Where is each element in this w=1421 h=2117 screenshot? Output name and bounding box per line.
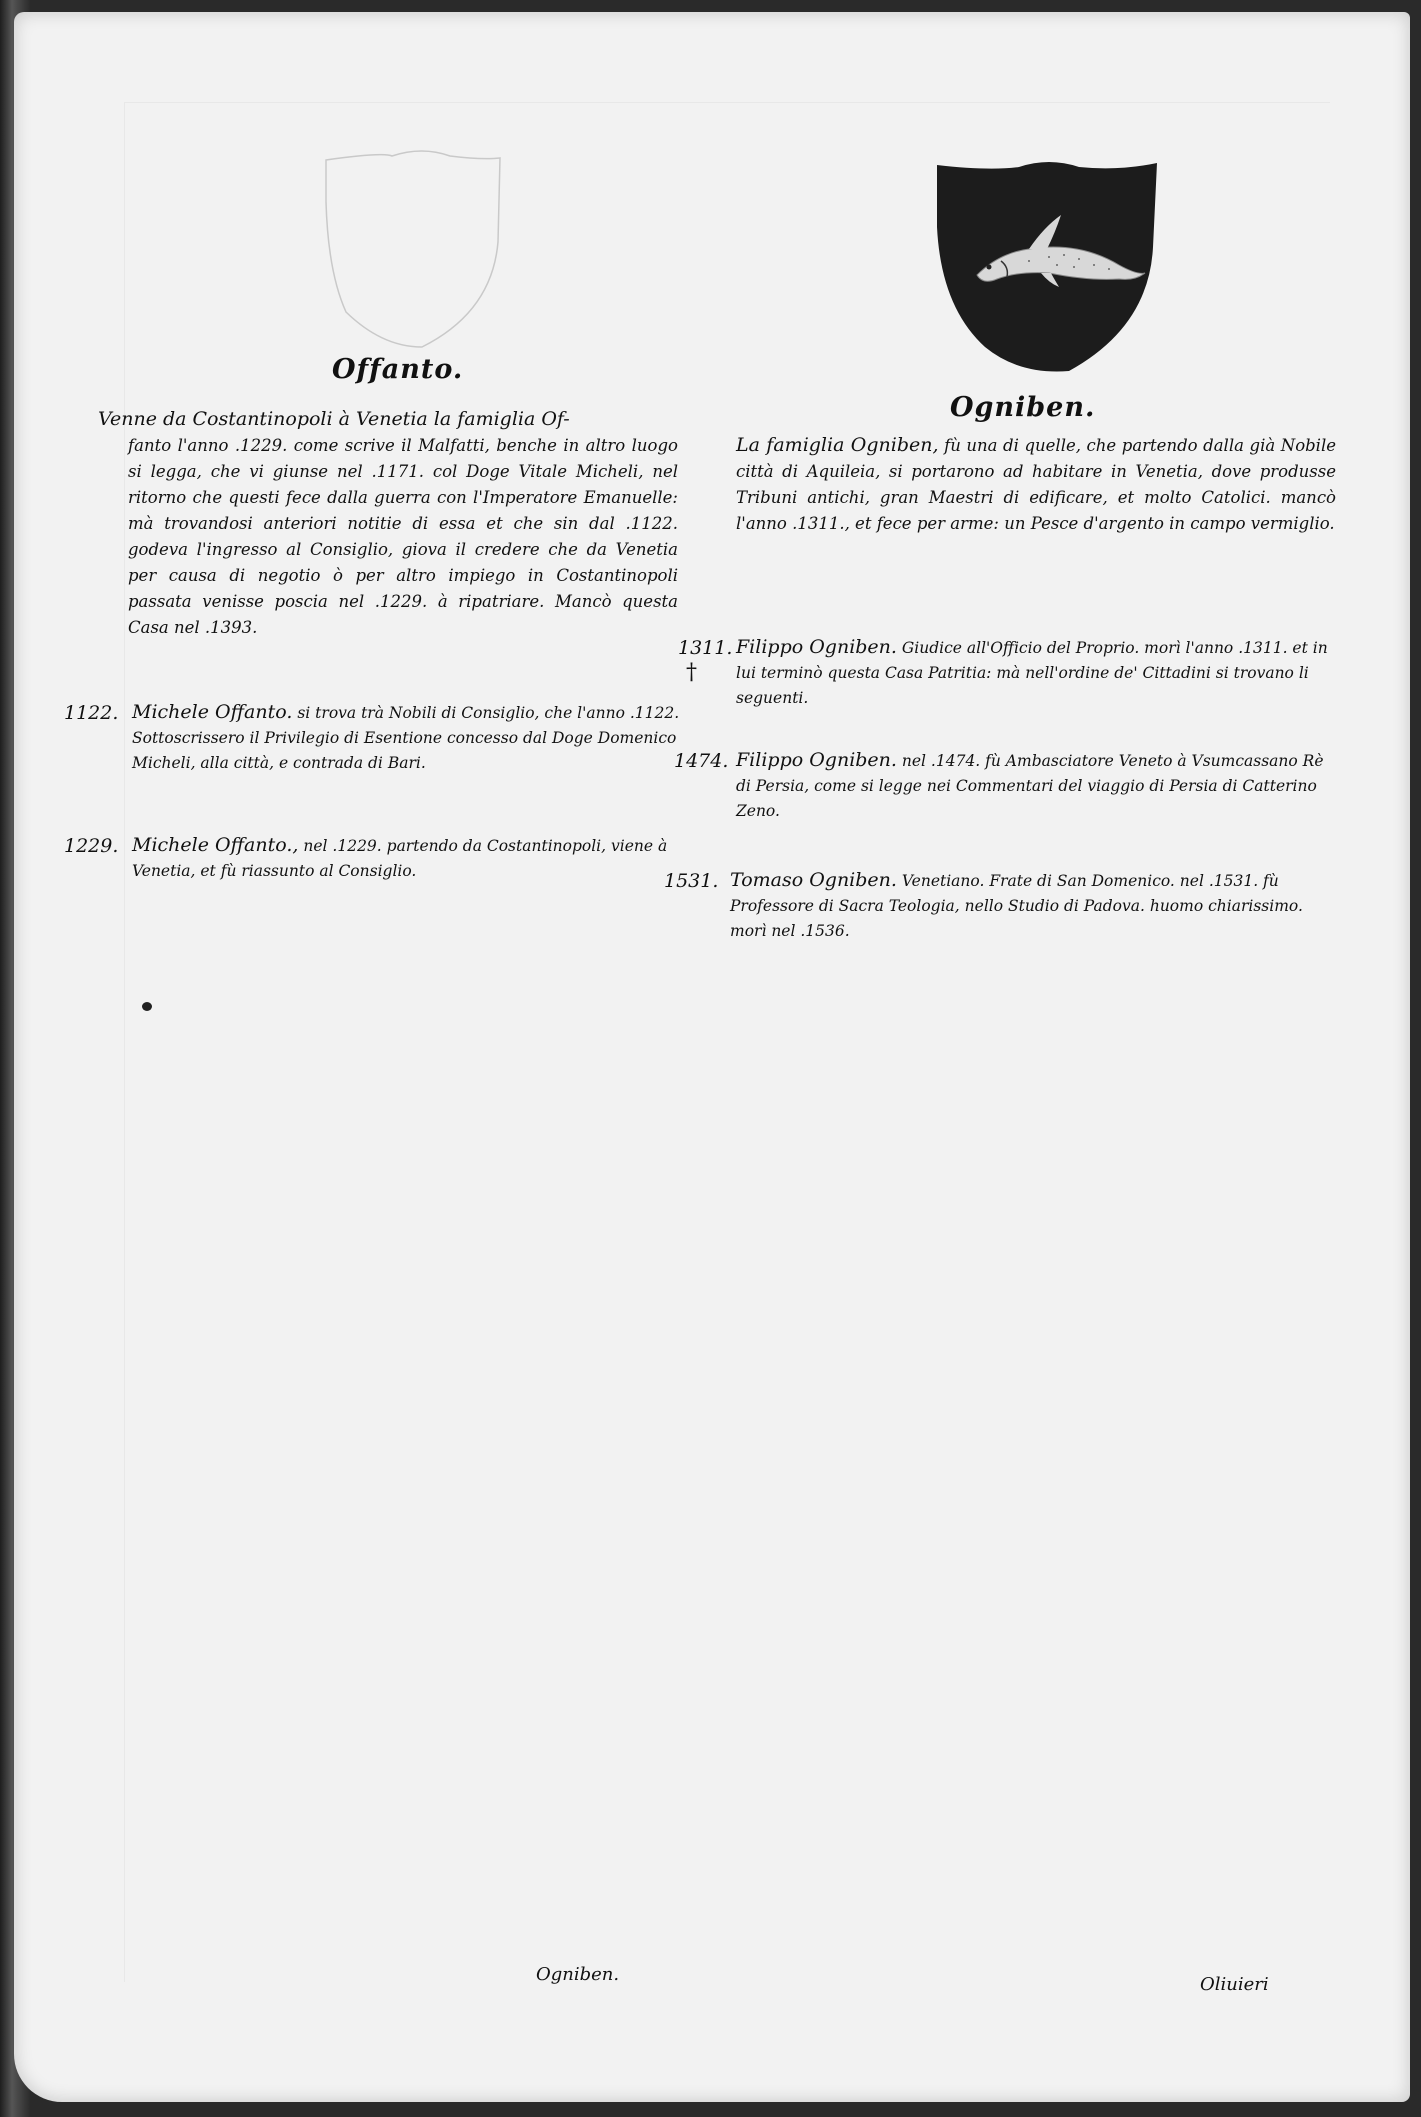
entry-year: 1531. [664, 870, 718, 892]
intro-ogniben: La famiglia Ogniben, fù una di quelle, c… [736, 432, 1336, 537]
entry-year: 1311. [678, 637, 732, 659]
intro-offanto-body: fanto l'anno .1229. come scrive il Malfa… [98, 433, 678, 641]
entry-body: Filippo Ogniben. nel .1474. fù Ambasciat… [736, 748, 1336, 824]
entry-body: Michele Offanto., nel .1229. partendo da… [132, 833, 682, 884]
shield-fish-icon [929, 157, 1159, 379]
intro-ogniben-first-line: La famiglia Ogniben, [736, 434, 939, 456]
family-title-offanto: Offanto. [332, 354, 463, 385]
entry-year: 1122. [64, 702, 118, 724]
family-title-ogniben: Ogniben. [950, 392, 1095, 423]
cross-mark-icon: † [686, 660, 697, 685]
entry-body: Filippo Ogniben. Giudice all'Officio del… [736, 635, 1336, 711]
entry-name: Filippo Ogniben. [736, 749, 897, 771]
intro-offanto-first-line: Venne da Costantinopoli à Venetia la fam… [98, 408, 570, 430]
ink-blot [142, 1002, 152, 1011]
entry-name: Michele Offanto. [132, 701, 292, 723]
entry-name: Tomaso Ogniben. [730, 869, 897, 891]
manuscript-page: Offanto. Venne da Costantinopoli à Venet… [14, 12, 1410, 2102]
catchword-left: Ogniben. [536, 1964, 619, 1985]
entry-year: 1229. [64, 835, 118, 857]
entry-year: 1474. [674, 750, 728, 772]
entry-body: Tomaso Ogniben. Venetiano. Frate di San … [730, 868, 1336, 944]
catchword-right: Oliuieri [1200, 1974, 1269, 1995]
empty-shield-icon [322, 142, 504, 352]
entry-name: Michele Offanto., [132, 834, 298, 856]
intro-offanto: Venne da Costantinopoli à Venetia la fam… [98, 406, 678, 641]
entry-body: Michele Offanto. si trova trà Nobili di … [132, 700, 682, 776]
entry-name: Filippo Ogniben. [736, 636, 897, 658]
